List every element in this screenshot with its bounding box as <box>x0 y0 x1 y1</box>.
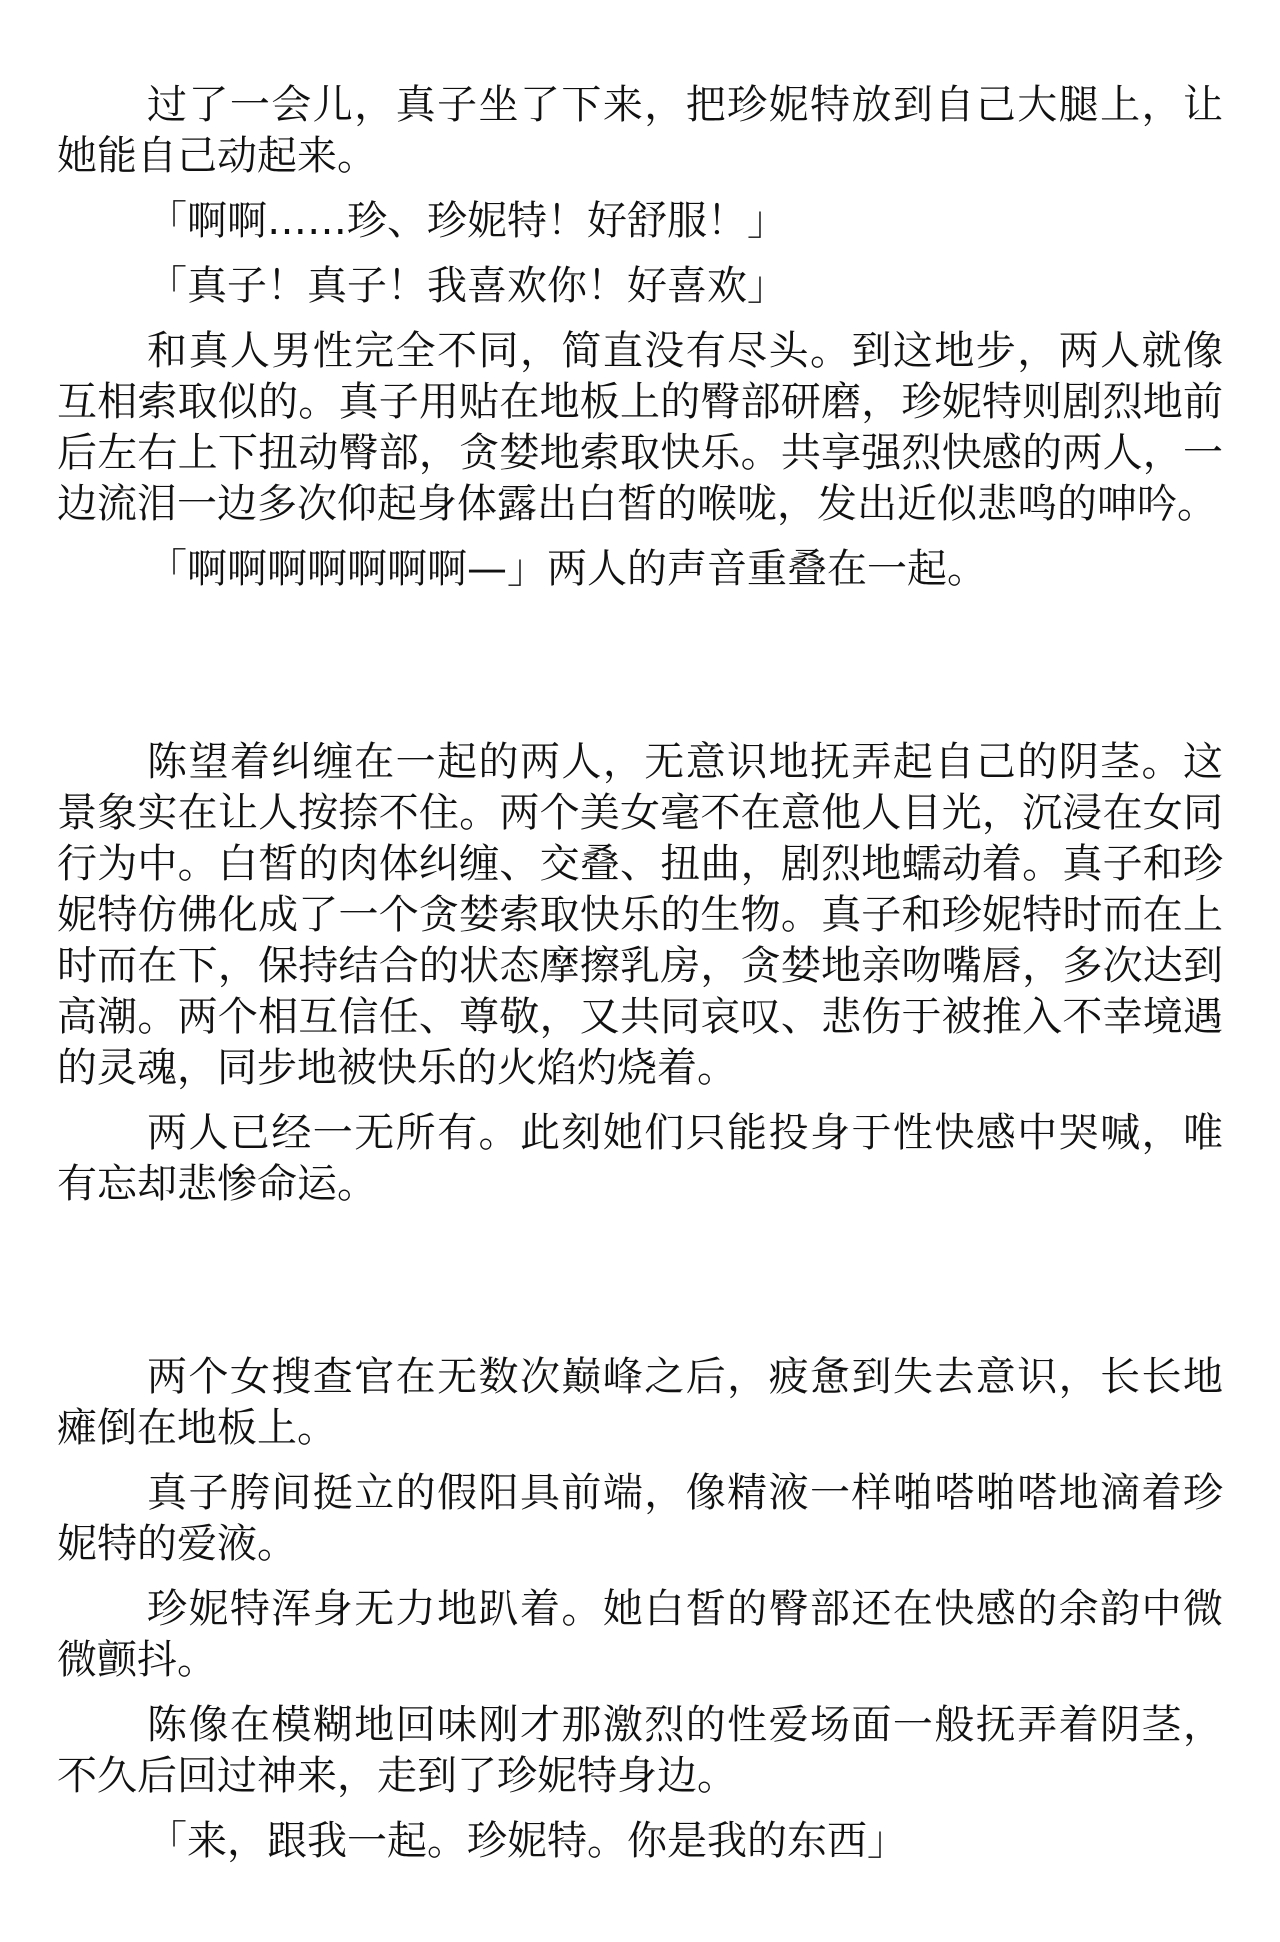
paragraph-2: 「啊啊……珍、珍妮特！好舒服！」 <box>57 196 1223 247</box>
paragraph-10: 珍妮特浑身无力地趴着。她白皙的臀部还在快感的余韵中微微颤抖。 <box>57 1584 1223 1686</box>
paragraph-4: 和真人男性完全不同，简直没有尽头。到这地步，两人就像互相索取似的。真子用贴在地板… <box>57 326 1223 530</box>
text-section-3: 两个女搜查官在无数次巅峰之后，疲惫到失去意识，长长地瘫倒在地板上。 真子胯间挺立… <box>57 1352 1223 1867</box>
paragraph-12: 「来，跟我一起。珍妮特。你是我的东西」 <box>57 1816 1223 1867</box>
paragraph-1: 过了一会儿，真子坐了下来，把珍妮特放到自己大腿上，让她能自己动起来。 <box>57 80 1223 182</box>
text-section-2: 陈望着纠缠在一起的两人，无意识地抚弄起自己的阴茎。这景象实在让人按捺不住。两个美… <box>57 737 1223 1210</box>
paragraph-5: 「啊啊啊啊啊啊啊—」两人的声音重叠在一起。 <box>57 544 1223 595</box>
paragraph-8: 两个女搜查官在无数次巅峰之后，疲惫到失去意识，长长地瘫倒在地板上。 <box>57 1352 1223 1454</box>
section-break-1 <box>57 609 1223 737</box>
text-section-1: 过了一会儿，真子坐了下来，把珍妮特放到自己大腿上，让她能自己动起来。 「啊啊……… <box>57 80 1223 595</box>
paragraph-6: 陈望着纠缠在一起的两人，无意识地抚弄起自己的阴茎。这景象实在让人按捺不住。两个美… <box>57 737 1223 1094</box>
section-break-2 <box>57 1224 1223 1352</box>
paragraph-11: 陈像在模糊地回味刚才那激烈的性爱场面一般抚弄着阴茎，不久后回过神来，走到了珍妮特… <box>57 1700 1223 1802</box>
paragraph-3: 「真子！真子！我喜欢你！好喜欢」 <box>57 261 1223 312</box>
document-page: 过了一会儿，真子坐了下来，把珍妮特放到自己大腿上，让她能自己动起来。 「啊啊……… <box>0 0 1280 1942</box>
paragraph-9: 真子胯间挺立的假阳具前端，像精液一样啪嗒啪嗒地滴着珍妮特的爱液。 <box>57 1468 1223 1570</box>
paragraph-7: 两人已经一无所有。此刻她们只能投身于性快感中哭喊，唯有忘却悲惨命运。 <box>57 1108 1223 1210</box>
